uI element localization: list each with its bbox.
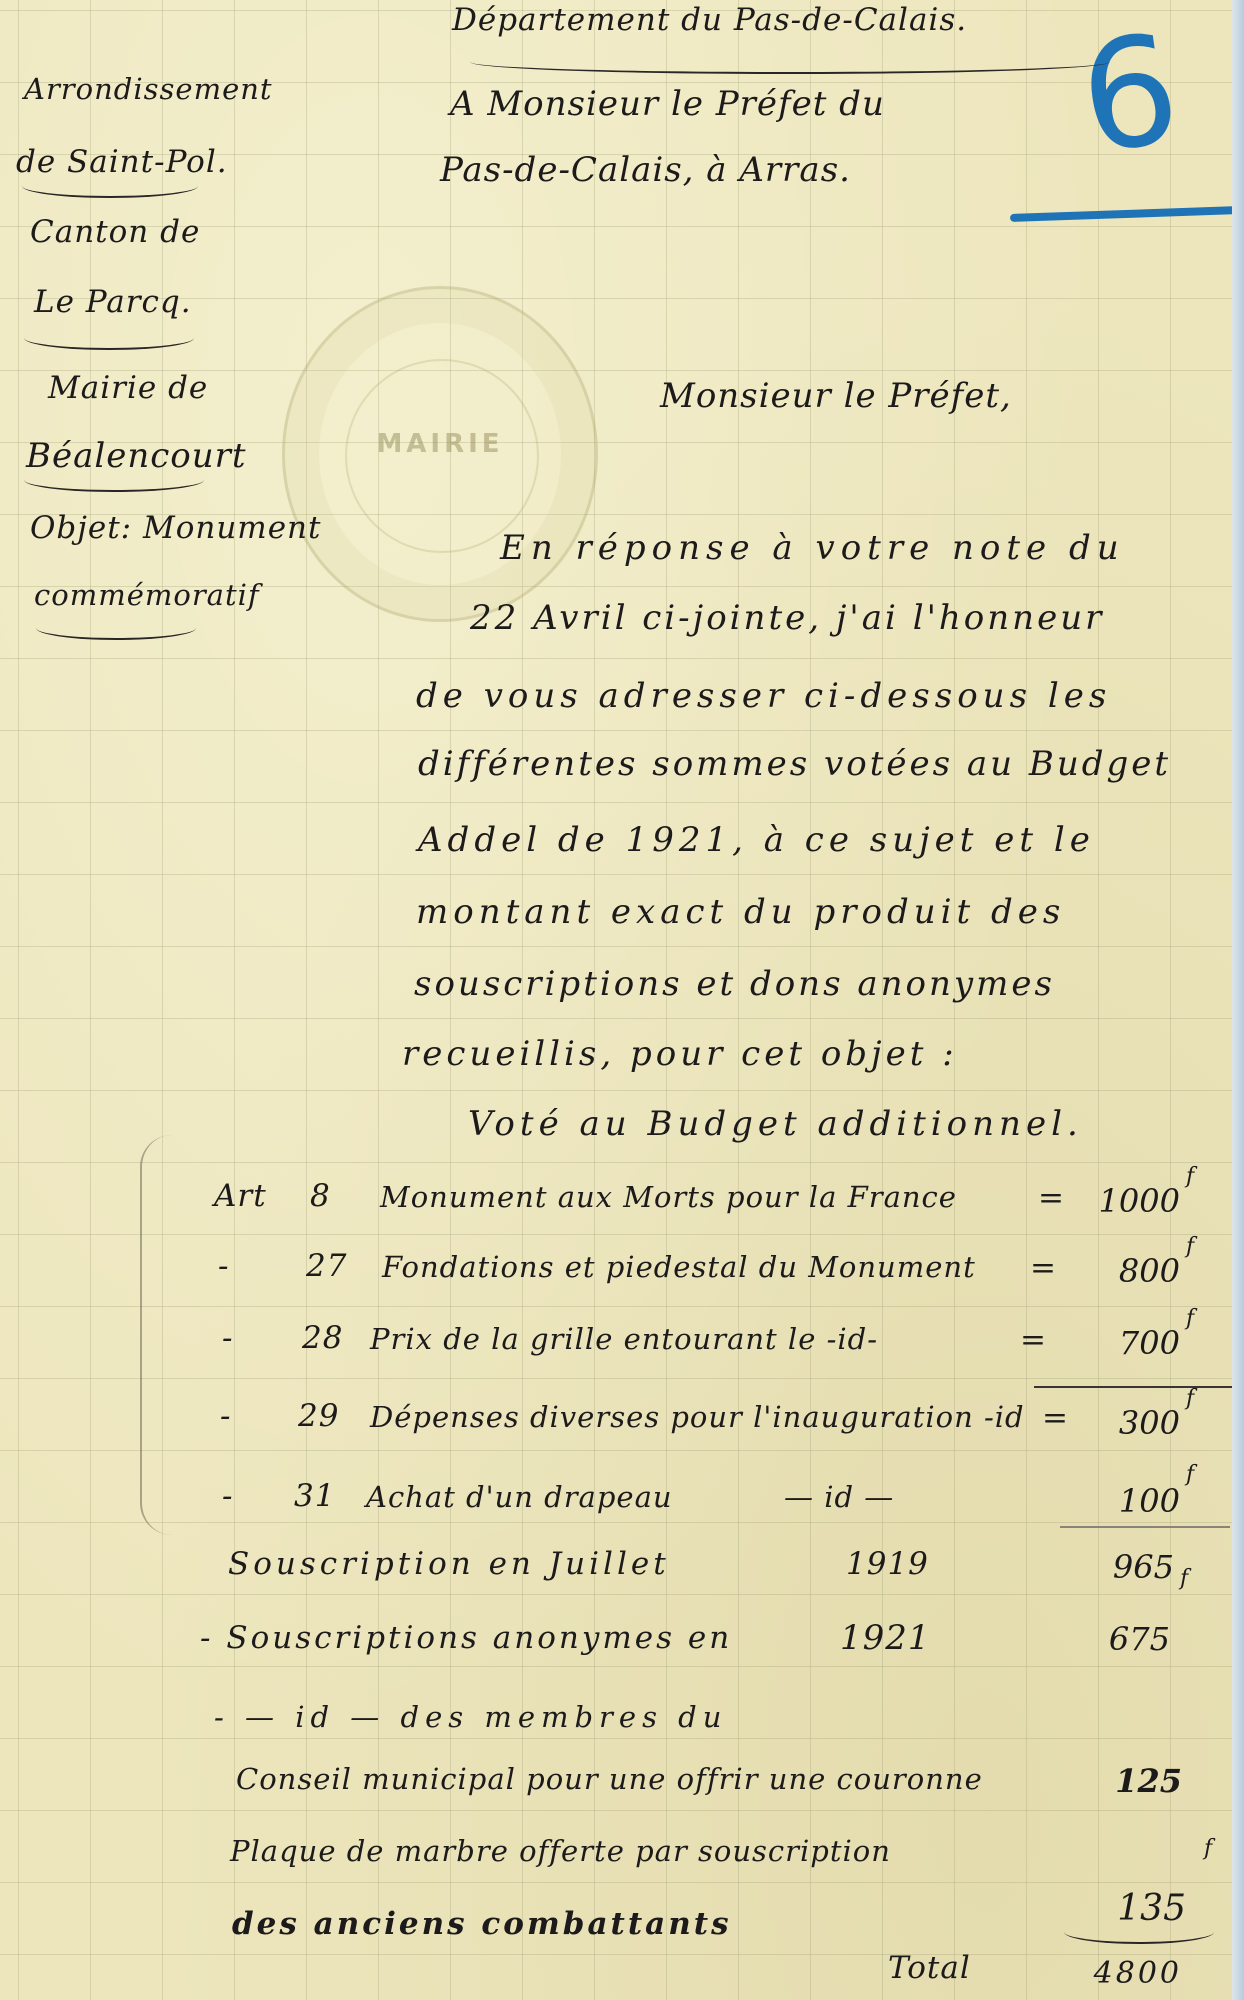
margin-objet-2: commémoratif <box>34 578 260 612</box>
subscription-label: - Souscriptions anonymes en <box>200 1620 732 1656</box>
body-line-6: montant exact du produit des <box>416 892 1065 932</box>
currency-unit: f <box>1204 1836 1212 1861</box>
row-amount: 700 <box>1070 1324 1180 1362</box>
currency-unit: f <box>1186 1164 1194 1189</box>
currency-unit: f <box>1186 1462 1194 1487</box>
margin-mairie-1: Mairie de <box>48 370 208 406</box>
row-article: 27 <box>306 1248 347 1284</box>
folio-underline <box>1010 206 1240 222</box>
row-sep: — id — <box>784 1480 894 1514</box>
row-label: Prix de la grille entourant le -id- <box>370 1322 878 1356</box>
row-prefix: - <box>222 1320 233 1356</box>
row-sep: = <box>1030 1250 1057 1286</box>
row-sep: = <box>1020 1322 1047 1358</box>
row-label: Achat d'un drapeau <box>366 1480 673 1514</box>
subscription-label: des anciens combattants <box>232 1906 732 1942</box>
stamp-text: MAIRIE <box>285 429 595 459</box>
section-title: Voté au Budget additionnel. <box>468 1104 1083 1144</box>
row-article: 31 <box>294 1478 335 1514</box>
margin-arrondissement-1: Arrondissement <box>24 72 273 106</box>
letter-page: 6 MAIRIE Département du Pas-de-Calais. A… <box>0 0 1232 2000</box>
body-line-2: 22 Avril ci-jointe, j'ai l'honneur <box>470 598 1104 638</box>
department-heading: Département du Pas-de-Calais. <box>452 2 967 38</box>
subscription-label: Conseil municipal pour une offrir une co… <box>236 1762 983 1796</box>
row-sep: = <box>1042 1400 1069 1436</box>
row-label: Fondations et piedestal du Monument <box>382 1250 976 1284</box>
row-amount: 300 <box>1070 1404 1180 1442</box>
margin-canton-2: Le Parcq. <box>34 284 192 320</box>
margin-mairie-2: Béalencourt <box>26 436 247 476</box>
subscription-amount: 135 <box>1076 1888 1186 1929</box>
total-amount: 4800 <box>1072 1956 1182 1991</box>
currency-unit: f <box>1186 1234 1194 1259</box>
row-label: Monument aux Morts pour la France <box>380 1180 957 1214</box>
row-sep: = <box>1038 1180 1065 1216</box>
body-line-4: différentes sommes votées au Budget <box>418 744 1171 784</box>
body-line-1: En réponse à votre note du <box>500 528 1125 568</box>
currency-unit: f <box>1180 1566 1188 1591</box>
currency-unit: f <box>1186 1306 1194 1331</box>
subscription-amount: 675 <box>1060 1620 1170 1658</box>
row-article: 28 <box>302 1320 343 1356</box>
margin-underline-2 <box>24 338 194 350</box>
row-amount: 1000 <box>1070 1182 1180 1220</box>
margin-underline-3 <box>24 480 204 492</box>
total-underline <box>1064 1932 1214 1944</box>
row-prefix: Art <box>214 1178 267 1214</box>
margin-underline-1 <box>22 186 198 198</box>
row-amount: 800 <box>1070 1252 1180 1290</box>
addressee-line-1: A Monsieur le Préfet du <box>450 84 885 124</box>
subscription-label: Plaque de marbre offerte par souscriptio… <box>230 1834 891 1868</box>
row-prefix: - <box>222 1478 233 1514</box>
row-article: 29 <box>298 1398 339 1434</box>
row-article: 8 <box>310 1178 331 1214</box>
body-line-3: de vous adresser ci-dessous les <box>416 676 1111 716</box>
subscription-amount: 965 <box>1064 1548 1174 1586</box>
pencil-bracket <box>140 1135 172 1535</box>
mairie-stamp: MAIRIE <box>282 286 598 622</box>
subscription-label: Souscription en Juillet <box>228 1546 670 1582</box>
row-prefix: - <box>220 1398 231 1434</box>
header-underline <box>470 62 1110 74</box>
subscription-year: 1921 <box>840 1618 931 1658</box>
margin-arrondissement-2: de Saint-Pol. <box>16 144 228 180</box>
margin-underline-4 <box>36 628 196 640</box>
total-label: Total <box>888 1950 971 1986</box>
currency-unit: f <box>1186 1386 1194 1411</box>
subscription-amount: 125 <box>1072 1762 1182 1800</box>
body-line-8: recueillis, pour cet objet : <box>402 1034 958 1074</box>
folio-number: 6 <box>1072 14 1187 176</box>
subtotal-rule-1 <box>1034 1386 1234 1388</box>
margin-canton-1: Canton de <box>30 214 200 250</box>
subtotal-rule-2 <box>1060 1526 1230 1528</box>
row-amount: 100 <box>1070 1482 1180 1520</box>
margin-objet-1: Objet: Monument <box>30 510 321 546</box>
salutation: Monsieur le Préfet, <box>660 376 1012 416</box>
addressee-line-2: Pas-de-Calais, à Arras. <box>440 150 851 190</box>
body-line-5: Addel de 1921, à ce sujet et le <box>418 820 1095 860</box>
scan-edge <box>1232 0 1244 2000</box>
subscription-year: 1919 <box>846 1546 929 1582</box>
subscription-label: - — id — des membres du <box>214 1700 727 1734</box>
body-line-7: souscriptions et dons anonymes <box>414 964 1055 1004</box>
row-prefix: - <box>218 1248 229 1284</box>
row-label: Dépenses diverses pour l'inauguration -i… <box>370 1400 1025 1434</box>
